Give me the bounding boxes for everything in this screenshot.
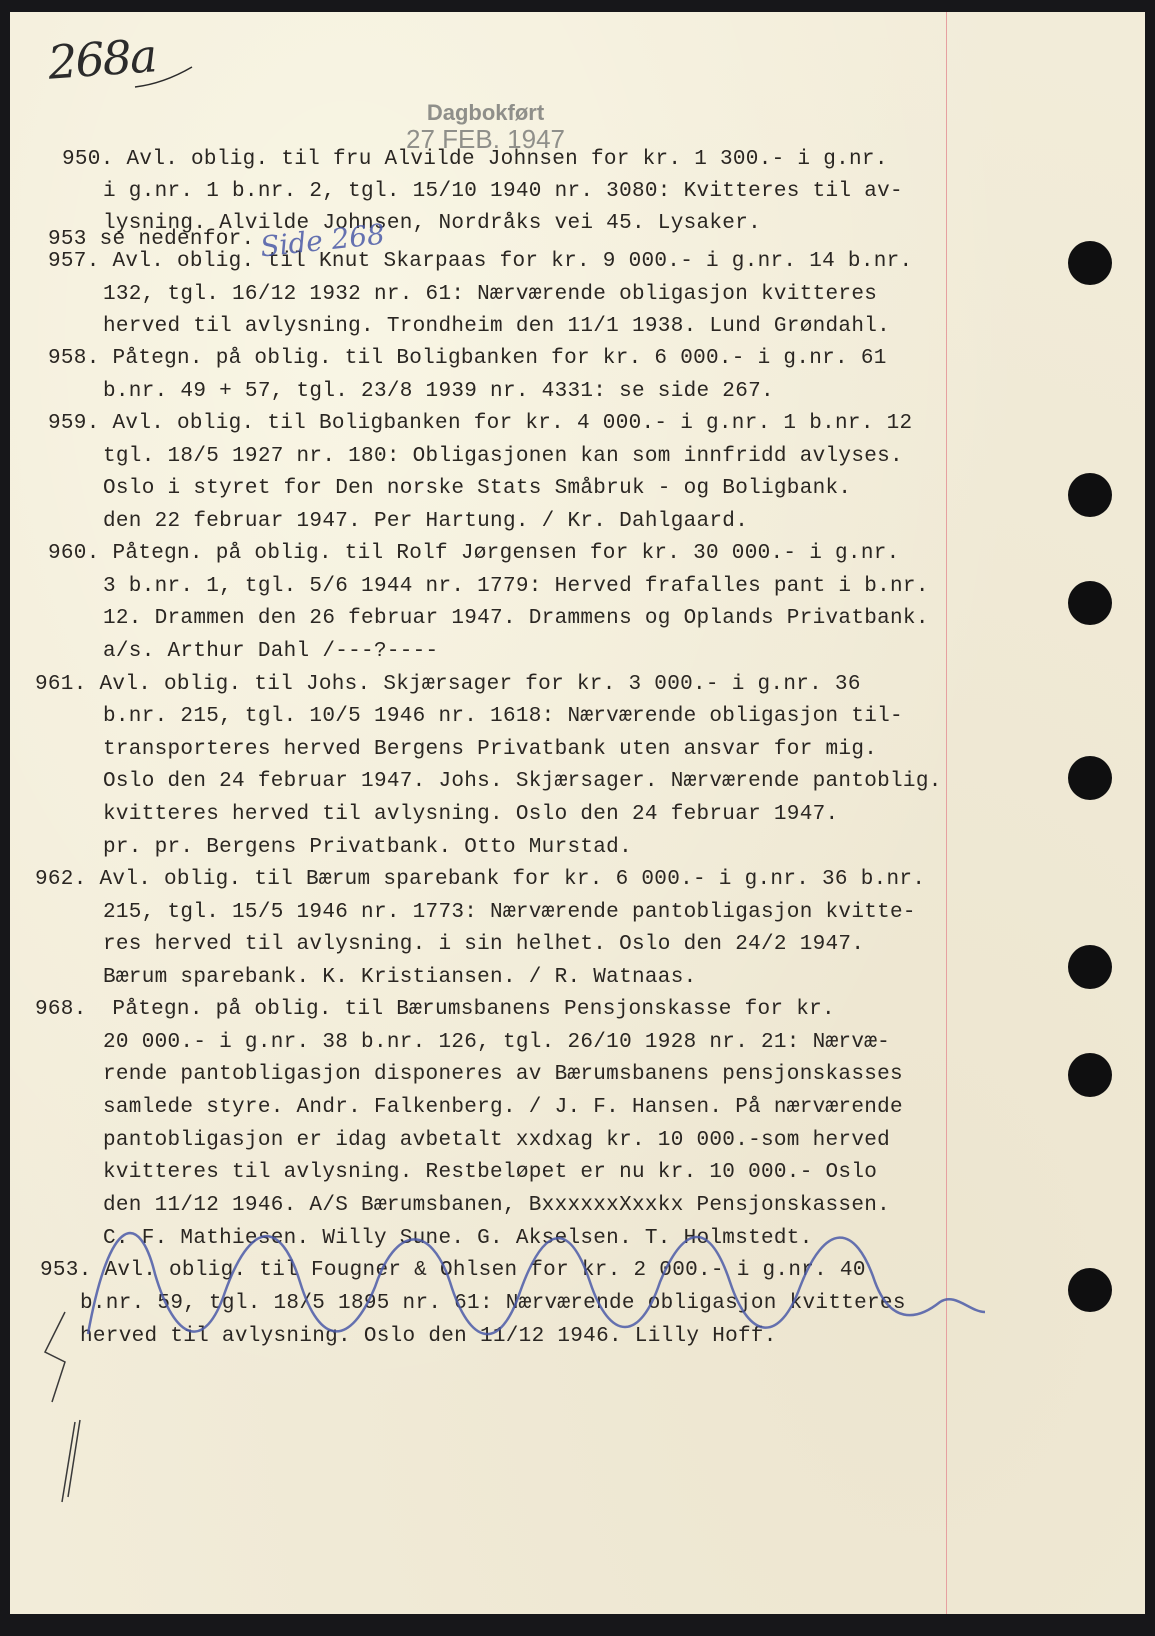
- punch-hole: [1068, 1053, 1112, 1097]
- punch-hole: [1068, 473, 1112, 517]
- punch-hole: [1068, 945, 1112, 989]
- punch-hole: [1068, 756, 1112, 800]
- punch-hole: [1068, 581, 1112, 625]
- cancellation-squiggle-icon: [10, 12, 1145, 1614]
- punch-hole: [1068, 1268, 1112, 1312]
- document-page: 268a Dagbokført 27 FEB. 1947 950. Avl. o…: [10, 12, 1145, 1614]
- punch-hole: [1068, 241, 1112, 285]
